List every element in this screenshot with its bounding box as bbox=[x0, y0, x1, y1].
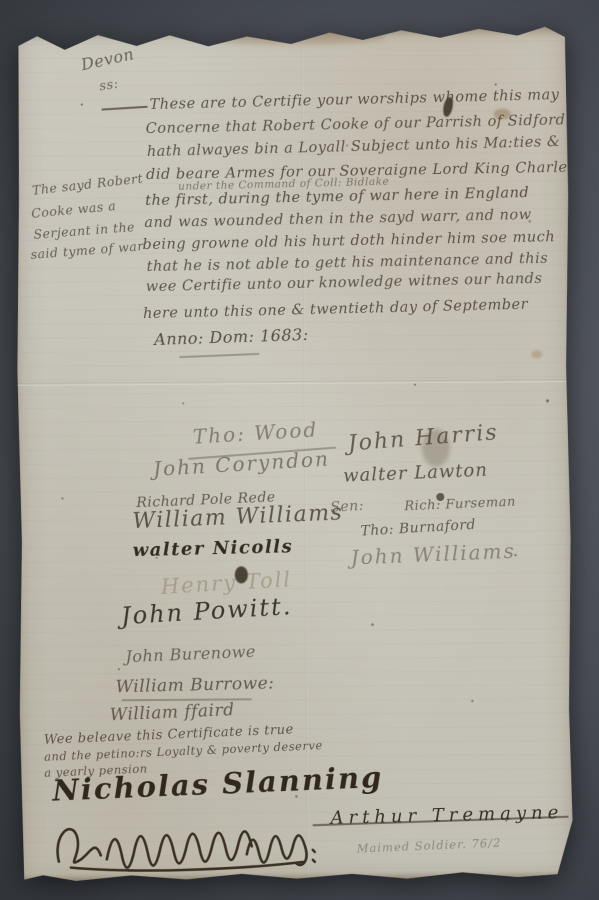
signature: walter Nicolls bbox=[132, 536, 293, 561]
signature: walter Lawton bbox=[343, 460, 489, 487]
flourish-signature bbox=[51, 814, 331, 874]
signature: Tho: Burnaford bbox=[360, 517, 476, 540]
signature: William ffaird bbox=[109, 700, 234, 725]
paper-top-edge-stain bbox=[15, 24, 567, 41]
margin-note-line: said tyme of war bbox=[30, 238, 144, 262]
body-line: here unto this one & twentieth day of Se… bbox=[143, 297, 528, 322]
signature: John Burenowe bbox=[125, 642, 256, 666]
foxing-spot bbox=[531, 350, 542, 358]
signature: John Williams bbox=[350, 539, 516, 570]
top-wash-stain bbox=[215, 27, 385, 44]
second-signature: Arthur Tremayne bbox=[330, 802, 563, 829]
document-photo: Devon ss: The sayd Robert Cooke was a Se… bbox=[0, 0, 599, 900]
signature: Rich: Furseman bbox=[404, 495, 516, 515]
signature-suffix: Sen: bbox=[330, 498, 364, 516]
body-line: These are to Certifie your worships whom… bbox=[149, 87, 559, 113]
signature: William Burrowe: bbox=[115, 673, 274, 697]
margin-note-line: Cooke was a bbox=[31, 198, 117, 221]
body-line: being growne old his hurt doth hinder hi… bbox=[142, 229, 555, 253]
county-ss: ss: bbox=[98, 77, 119, 95]
body-date-line: Anno: Dom: 1683: bbox=[154, 325, 309, 349]
margin-note-line: Serjeant in the bbox=[33, 219, 136, 242]
signature: John Coryndon bbox=[152, 447, 330, 481]
signature-witness-heading: Tho: Wood bbox=[192, 417, 319, 448]
body-line: wee Certifie unto our knowledge witnes o… bbox=[146, 271, 543, 295]
signature: John Harris bbox=[347, 420, 500, 457]
pencil-note: Maimed Soldier. 76/2 bbox=[356, 836, 501, 856]
date-underline bbox=[179, 353, 259, 358]
body-line: Concerne that Robert Cooke of our Parris… bbox=[146, 112, 566, 137]
body-line: hath alwayes bin a Loyall Subject unto h… bbox=[147, 134, 561, 160]
lead-pen-stroke bbox=[102, 106, 148, 111]
manuscript-paper: Devon ss: The sayd Robert Cooke was a Se… bbox=[15, 24, 573, 884]
paper-sheet: Devon ss: The sayd Robert Cooke was a Se… bbox=[15, 24, 573, 884]
horizontal-fold-crease bbox=[17, 379, 569, 386]
margin-note-line: The sayd Robert bbox=[31, 170, 143, 197]
county-heading: Devon bbox=[79, 44, 136, 74]
signature: John Powitt. bbox=[120, 592, 293, 630]
body-line: and was wounded then in the sayd warr, a… bbox=[144, 207, 532, 231]
